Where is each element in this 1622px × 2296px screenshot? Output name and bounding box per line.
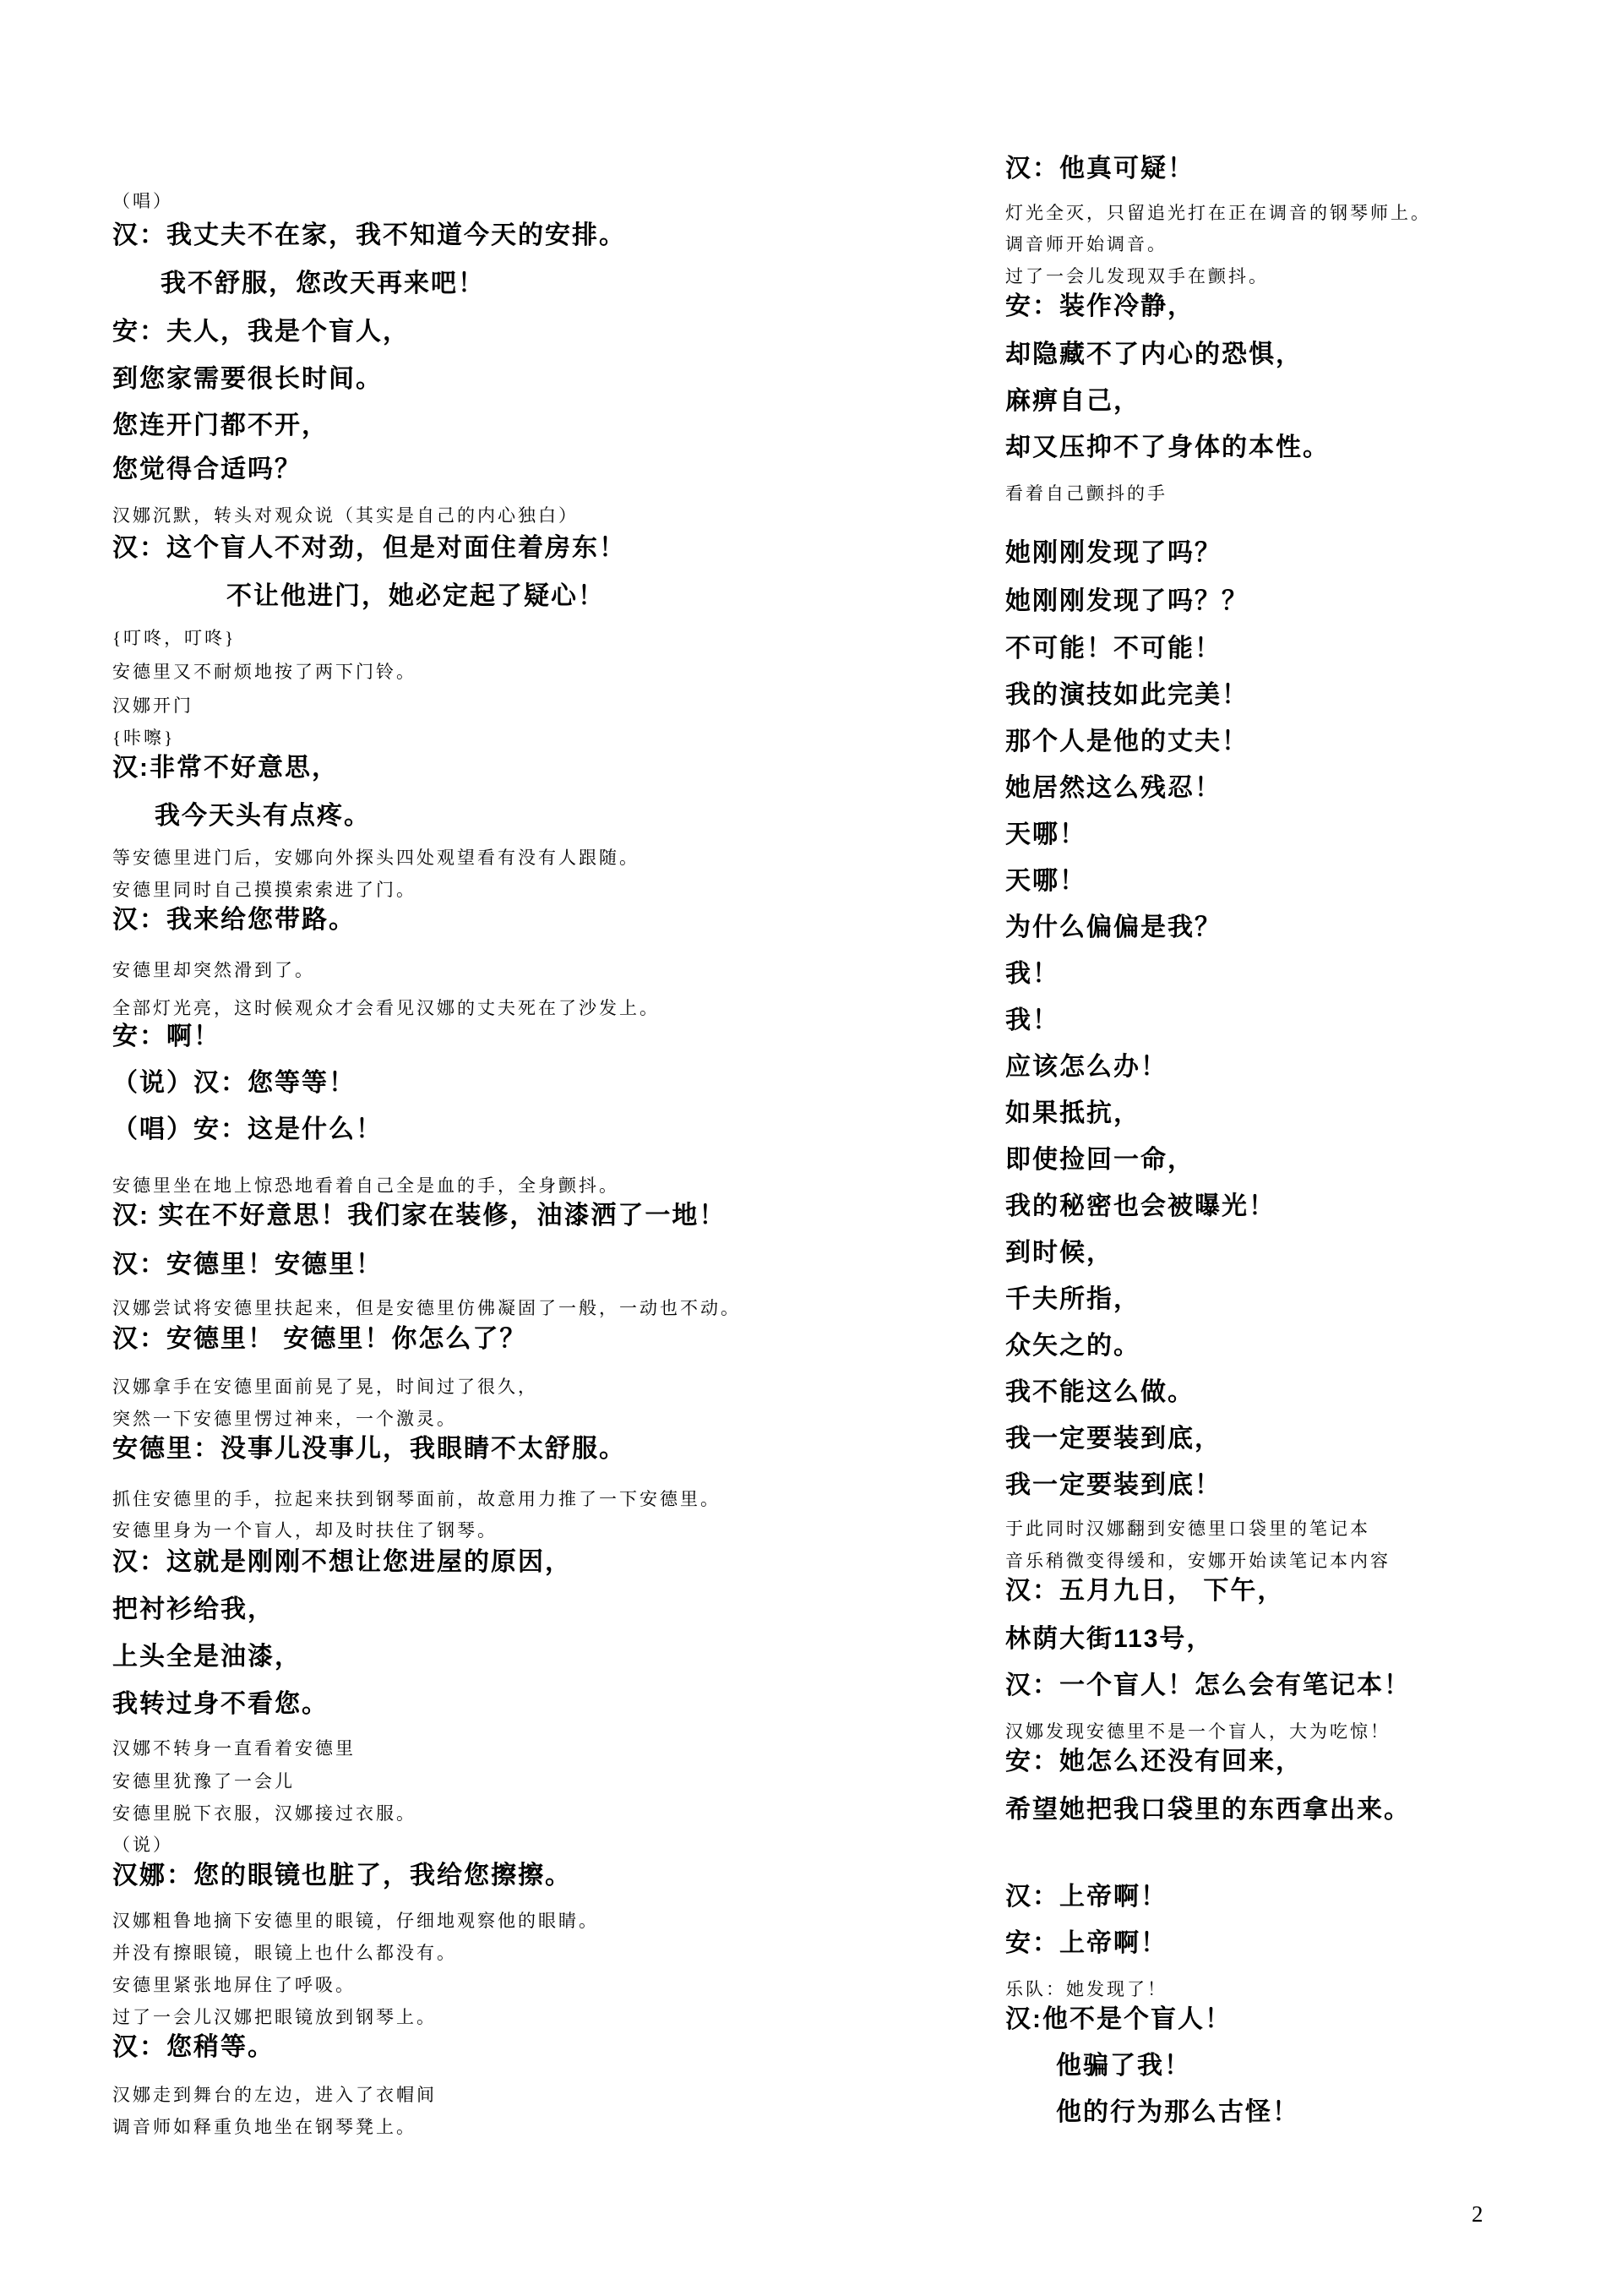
dialogue-line: 安：夫人，我是个盲人，	[112, 315, 788, 349]
stage-direction: 安德里犹豫了一会儿	[112, 1770, 788, 1793]
dialogue-line: 汉：安德里！安德里！	[112, 1248, 788, 1282]
dialogue-line: 安：上帝啊！	[1005, 1927, 1605, 1961]
stage-direction: 抓住安德里的手，拉起来扶到钢琴面前，故意用力推了一下安德里。	[112, 1487, 788, 1511]
dialogue-line: 应该怎么办！	[1005, 1050, 1605, 1084]
dialogue-line: 安：她怎么还没有回来，	[1005, 1745, 1605, 1779]
dialogue-line: 汉：他真可疑！	[1005, 152, 1605, 186]
dialogue-line: 她刚刚发现了吗？	[1005, 537, 1605, 570]
dialogue-line: 汉：五月九日， 下午，	[1005, 1574, 1605, 1608]
stage-direction: 安德里身为一个盲人，却及时扶住了钢琴。	[112, 1519, 788, 1542]
dialogue-line: 不可能！不可能！	[1005, 632, 1605, 666]
dialogue-line: 汉：我丈夫不在家，我不知道今天的安排。	[112, 219, 788, 253]
stage-direction: 汉娜发现安德里不是一个盲人，大为吃惊！	[1005, 1720, 1605, 1743]
dialogue-line: 我今天头有点疼。	[112, 799, 788, 833]
dialogue-line: 为什么偏偏是我？	[1005, 911, 1605, 945]
stage-direction: 汉娜走到舞台的左边，进入了衣帽间	[112, 2083, 788, 2107]
dialogue-line: 到您家需要很长时间。	[112, 363, 788, 396]
dialogue-line: 汉娜：您的眼镜也脏了，我给您擦擦。	[112, 1859, 788, 1893]
dialogue-line: 却又压抑不了身体的本性。	[1005, 431, 1605, 465]
stage-direction: 汉娜不转身一直看着安德里	[112, 1737, 788, 1760]
dialogue-line: 她居然这么残忍！	[1005, 772, 1605, 805]
dialogue-line: 汉：您稍等。	[112, 2031, 788, 2064]
dialogue-line: 安：装作冷静，	[1005, 290, 1605, 324]
dialogue-line: 我不舒服，您改天再来吧！	[112, 267, 788, 301]
stage-direction: 调音师如释重负地坐在钢琴凳上。	[112, 2115, 788, 2139]
dialogue-line: 希望她把我口袋里的东西拿出来。	[1005, 1793, 1605, 1827]
stage-direction: 看着自己颤抖的手	[1005, 482, 1605, 505]
dialogue-line: 天哪！	[1005, 864, 1605, 898]
dialogue-line: 他的行为那么古怪！	[1005, 2096, 1605, 2130]
dialogue-line: 我一定要装到底，	[1005, 1422, 1605, 1456]
dialogue-line: 麻痹自己，	[1005, 384, 1605, 418]
stage-direction: 安德里同时自己摸摸索索进了门。	[112, 878, 788, 902]
dialogue-line: 汉：这就是刚刚不想让您进屋的原因，	[112, 1546, 788, 1579]
dialogue-line: 汉：一个盲人！怎么会有笔记本！	[1005, 1669, 1605, 1703]
dialogue-line: （说）汉：您等等！	[112, 1066, 788, 1100]
dialogue-line: 汉:他不是个盲人！	[1005, 2003, 1605, 2037]
stage-direction: 安德里紧张地屏住了呼吸。	[112, 1973, 788, 1997]
stage-direction: 汉娜尝试将安德里扶起来，但是安德里仿佛凝固了一般，一动也不动。	[112, 1296, 788, 1320]
dialogue-line: 林荫大街113号，	[1005, 1622, 1605, 1656]
dialogue-line: 众矢之的。	[1005, 1329, 1605, 1363]
dialogue-line: 汉：这个盲人不对劲，但是对面住着房东！	[112, 532, 788, 565]
script-page: （唱）汉：我丈夫不在家，我不知道今天的安排。我不舒服，您改天再来吧！安：夫人，我…	[0, 0, 1622, 2296]
dialogue-line: 天哪！	[1005, 818, 1605, 852]
dialogue-line: 我！	[1005, 957, 1605, 991]
stage-direction: 汉娜沉默，转头对观众说（其实是自己的内心独白）	[112, 504, 788, 527]
stage-direction: 过了一会儿汉娜把眼镜放到钢琴上。	[112, 2005, 788, 2029]
stage-direction: （说）	[112, 1833, 788, 1857]
stage-direction: 汉娜拿手在安德里面前晃了晃，时间过了很久，	[112, 1375, 788, 1399]
dialogue-line: 安：啊！	[112, 1020, 788, 1054]
stage-direction: （唱）	[112, 189, 788, 213]
page-number: 2	[1472, 2201, 1483, 2228]
dialogue-line: 到时候，	[1005, 1236, 1605, 1270]
stage-direction: 灯光全灭，只留追光打在正在调音的钢琴师上。	[1005, 201, 1605, 225]
stage-direction: 安德里脱下衣服，汉娜接过衣服。	[112, 1802, 788, 1825]
stage-direction: 音乐稍微变得缓和，安娜开始读笔记本内容	[1005, 1549, 1605, 1573]
stage-direction: 等安德里进门后，安娜向外探头四处观望看有没有人跟随。	[112, 846, 788, 870]
stage-direction: 全部灯光亮，这时候观众才会看见汉娜的丈夫死在了沙发上。	[112, 996, 788, 1020]
dialogue-line: 汉：安德里！ 安德里！你怎么了？	[112, 1323, 788, 1356]
stage-direction: 安德里却突然滑到了。	[112, 958, 788, 982]
stage-direction: 汉娜开门	[112, 694, 788, 717]
dialogue-line: 您觉得合适吗？	[112, 453, 788, 487]
stage-direction: 调音师开始调音。	[1005, 232, 1605, 256]
stage-direction: 于此同时汉娜翻到安德里口袋里的笔记本	[1005, 1517, 1605, 1541]
dialogue-line: （唱）安：这是什么！	[112, 1113, 788, 1147]
stage-direction: {咔嚓}	[112, 726, 788, 750]
dialogue-line: 却隐藏不了内心的恐惧，	[1005, 338, 1605, 372]
dialogue-line: 她刚刚发现了吗？？	[1005, 585, 1605, 619]
script-column-left: （唱）汉：我丈夫不在家，我不知道今天的安排。我不舒服，您改天再来吧！安：夫人，我…	[112, 0, 788, 2139]
dialogue-line: 我的演技如此完美！	[1005, 679, 1605, 712]
stage-direction: {叮咚，叮咚}	[112, 626, 788, 650]
dialogue-line: 千夫所指，	[1005, 1283, 1605, 1317]
stage-direction: 乐队：她发现了！	[1005, 1977, 1605, 2001]
stage-direction: 安德里坐在地上惊恐地看着自己全是血的手，全身颤抖。	[112, 1174, 788, 1197]
dialogue-line: 我一定要装到底！	[1005, 1469, 1605, 1502]
dialogue-line: 如果抵抗，	[1005, 1097, 1605, 1131]
dialogue-line: 汉：上帝啊！	[1005, 1880, 1605, 1914]
dialogue-line: 他骗了我！	[1005, 2049, 1605, 2083]
dialogue-line: 汉：我来给您带路。	[112, 903, 788, 937]
stage-direction: 突然一下安德里愣过神来，一个激灵。	[112, 1407, 788, 1431]
stage-direction: 并没有擦眼镜，眼镜上也什么都没有。	[112, 1941, 788, 1965]
stage-direction: 过了一会儿发现双手在颤抖。	[1005, 265, 1605, 288]
dialogue-line: 即使捡回一命，	[1005, 1143, 1605, 1177]
dialogue-line: 我不能这么做。	[1005, 1376, 1605, 1410]
script-column-right: 汉：他真可疑！灯光全灭，只留追光打在正在调音的钢琴师上。调音师开始调音。过了一会…	[1005, 0, 1605, 2130]
stage-direction: 安德里又不耐烦地按了两下门铃。	[112, 660, 788, 684]
dialogue-line: 把衬衫给我，	[112, 1593, 788, 1627]
dialogue-line: 那个人是他的丈夫！	[1005, 725, 1605, 759]
dialogue-line: 不让他进门，她必定起了疑心！	[112, 580, 788, 614]
dialogue-line: 上头全是油漆，	[112, 1640, 788, 1674]
dialogue-line: 安德里：没事儿没事儿，我眼睛不太舒服。	[112, 1432, 788, 1466]
dialogue-line: 汉:非常不好意思，	[112, 751, 788, 785]
dialogue-line: 我！	[1005, 1004, 1605, 1038]
dialogue-line: 您连开门都不开，	[112, 409, 788, 443]
dialogue-line: 汉: 实在不好意思！我们家在装修，油漆洒了一地！	[112, 1199, 788, 1233]
dialogue-line: 我的秘密也会被曝光！	[1005, 1190, 1605, 1224]
dialogue-line: 我转过身不看您。	[112, 1688, 788, 1721]
stage-direction: 汉娜粗鲁地摘下安德里的眼镜，仔细地观察他的眼睛。	[112, 1909, 788, 1933]
